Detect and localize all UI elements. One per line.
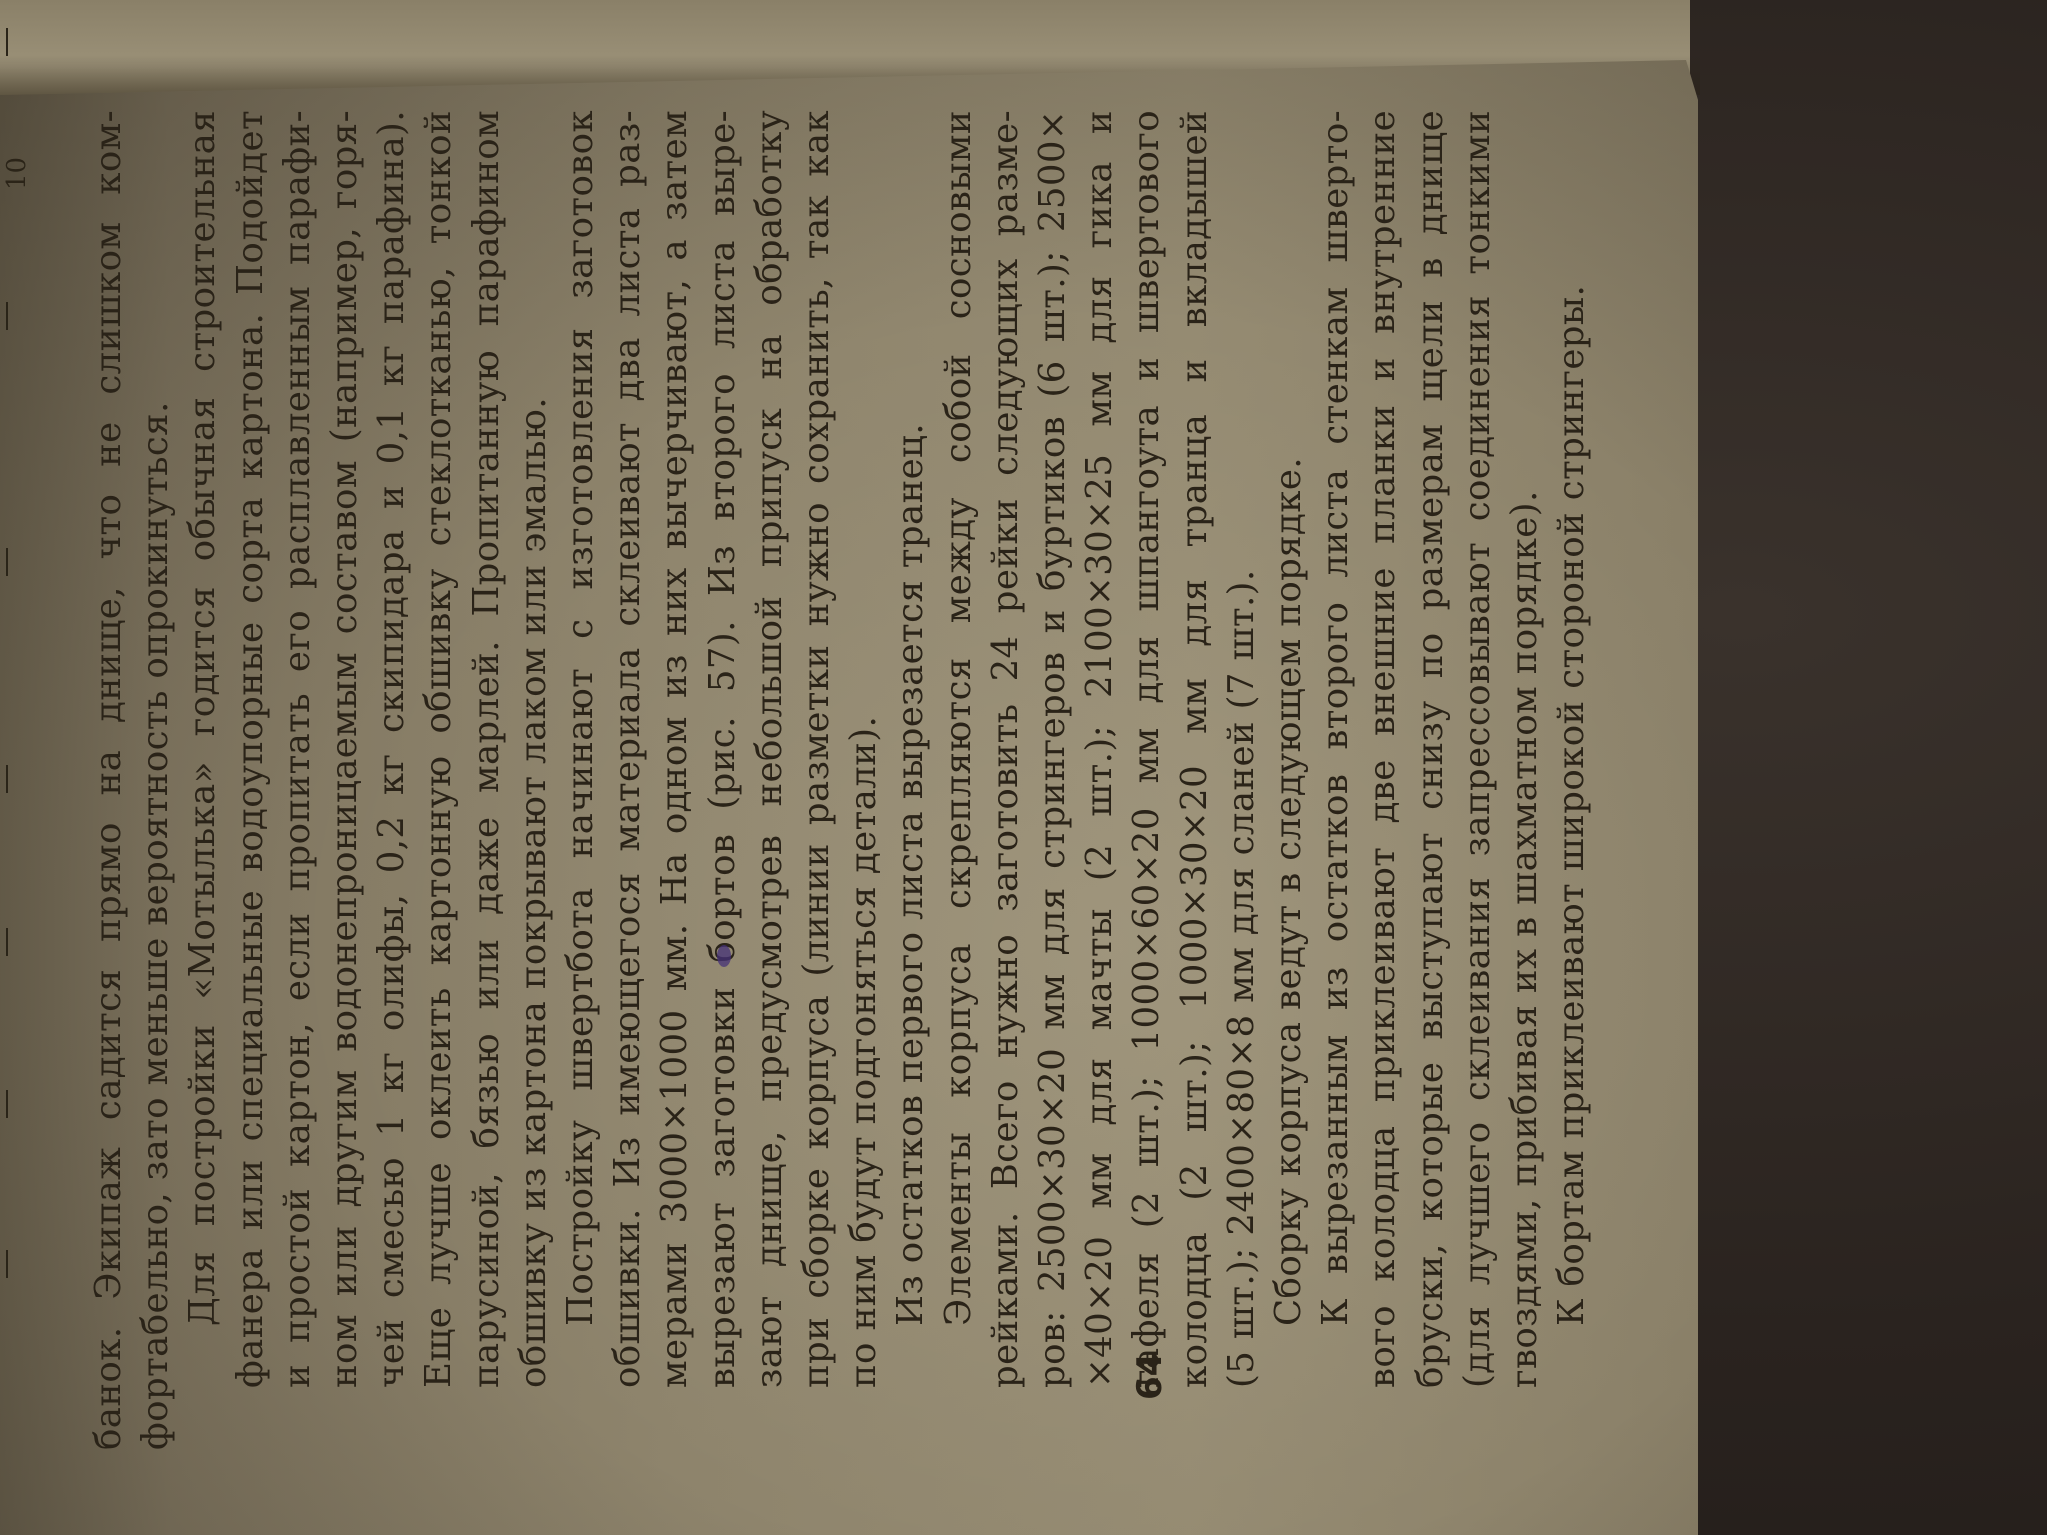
ruler-tick (6, 765, 8, 793)
ruler-tick (6, 928, 8, 956)
paragraph: Из остатков первого листа вырезается тра… (887, 110, 934, 1450)
text-line: ров: 2500×30×20 мм для стрингеров и бурт… (1029, 110, 1076, 1450)
paragraph: К вырезанным из остатков второго листа с… (1312, 110, 1548, 1450)
text-line: зают днище, предусмотрев небольшой припу… (746, 110, 793, 1450)
text-line: Из остатков первого листа вырезается тра… (887, 110, 934, 1450)
previous-page-number: 10 (2, 157, 32, 190)
text-line: К бортам приклеивают широкой стороной ст… (1548, 110, 1595, 1450)
paragraph: Постройку швертбота начинают с изготовле… (557, 110, 887, 1450)
paragraph: банок. Экипаж садится прямо на днище, чт… (85, 110, 179, 1450)
text-line: Для постройки «Мотылька» годится обычная… (179, 110, 226, 1450)
text-line: при сборке корпуса (линии разметки нужно… (793, 110, 840, 1450)
text-line: вого колодца приклеивают две внешние пла… (1359, 110, 1406, 1450)
text-line: вырезают заготовки бортов (рис. 57). Из … (699, 110, 746, 1450)
text-line: К вырезанным из остатков второго листа с… (1312, 110, 1359, 1450)
text-line: чей смесью 1 кг олифы, 0,2 кг скипидара … (368, 110, 415, 1450)
ink-mark (717, 945, 731, 967)
ruler-tick (6, 1250, 8, 1278)
ruler-tick (6, 548, 8, 576)
text-line: Еще лучше оклеить картонную обшивку стек… (415, 110, 462, 1450)
paragraph: Элементы корпуса скрепляются между собой… (935, 110, 1265, 1450)
page-body-text: банок. Экипаж садится прямо на днище, чт… (85, 110, 1596, 1450)
text-line: парусиной, бязью или даже марлей. Пропит… (463, 110, 510, 1450)
paragraph: К бортам приклеивают широкой стороной ст… (1548, 110, 1595, 1450)
ruler-tick (6, 302, 8, 330)
text-line: бруски, которые выступают снизу по разме… (1407, 110, 1454, 1450)
text-line: ×40×20 мм для мачты (2 шт.); 2100×30×25 … (1076, 110, 1123, 1450)
text-line: по ним будут подгоняться детали). (840, 110, 887, 1450)
text-line: Элементы корпуса скрепляются между собой… (935, 110, 982, 1450)
text-line: рейками. Всего нужно заготовить 24 рейки… (982, 110, 1029, 1450)
page-number: 64 (1130, 1353, 1170, 1400)
paragraph: Для постройки «Мотылька» годится обычная… (179, 110, 557, 1450)
ruler-tick (6, 1090, 8, 1118)
text-line: Сборку корпуса ведут в следующем порядке… (1265, 110, 1312, 1450)
text-line: Постройку швертбота начинают с изготовле… (557, 110, 604, 1450)
text-line: банок. Экипаж садится прямо на днище, чт… (85, 110, 132, 1450)
paragraph: Сборку корпуса ведут в следующем порядке… (1265, 110, 1312, 1450)
text-line: ном или другим водонепроницаемым составо… (321, 110, 368, 1450)
text-line: мерами 3000×1000 мм. На одном из них выч… (651, 110, 698, 1450)
text-line: обшивки. Из имеющегося материала склеива… (604, 110, 651, 1450)
ruler-tick (6, 28, 8, 56)
text-line: и простой картон, если пропитать его рас… (274, 110, 321, 1450)
text-line: фанера или специальные водоупорные сорта… (227, 110, 274, 1450)
text-line: гвоздями, прибивая их в шахматном порядк… (1501, 110, 1548, 1450)
text-line: (для лучшего склеивания запрессовывают с… (1454, 110, 1501, 1450)
text-line: гафеля (2 шт.); 1000×60×20 мм для шпанго… (1123, 110, 1170, 1450)
text-line: обшивку из картона покрывают лаком или э… (510, 110, 557, 1450)
text-line: колодца (2 шт.); 1000×30×20 мм для транц… (1171, 110, 1218, 1450)
text-line: (5 шт.); 2400×80×8 мм для сланей (7 шт.)… (1218, 110, 1265, 1450)
text-line: фортабельно, зато меньше вероятность опр… (132, 110, 179, 1450)
